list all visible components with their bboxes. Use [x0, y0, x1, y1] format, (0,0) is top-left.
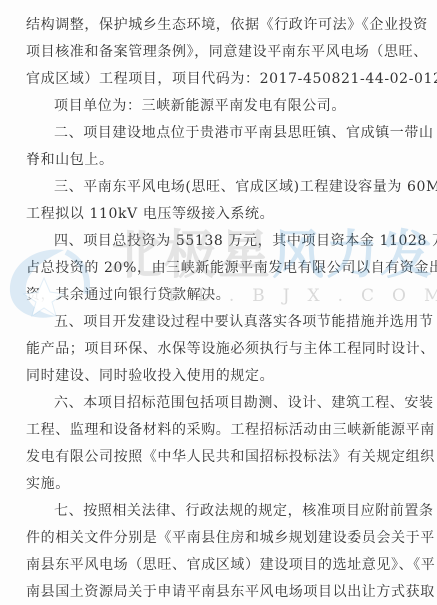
- star-swoosh-logo-icon: [4, 242, 92, 322]
- document-page-fitted: 结构调整，保护城乡生态环境，依据《行政许可法》《企业投资 项目核准和备案管理条例…: [0, 0, 437, 605]
- text-line-5: 二、项目建设地点位于贵港市平南县思旺镇、官成镇一带山: [54, 122, 408, 144]
- text-line-20: 件的相关文件分别是《平南县住房和城乡规划建设委员会关于平: [26, 527, 408, 549]
- text-line-4: 项目单位为：三峡新能源平南发电有限公司。: [54, 95, 408, 117]
- text-line-22: 南县国土资源局关于申请平南县东平风电场项目以出让方式获取: [26, 581, 408, 603]
- text-line-13: 能产品；项目环保、水保等设施必须执行与主体工程同时设计、: [26, 338, 408, 360]
- text-line-14: 同时建设、同时验收投入使用的规定。: [26, 365, 408, 387]
- text-line-11: 资，其余通过向银行贷款解决。: [26, 284, 408, 306]
- text-line-19: 七、按照相关法律、行政法规的规定，核准项目应附前置条: [54, 500, 408, 522]
- text-line-2: 项目核准和备案管理条例》，同意建设平南东平风电场（思旺、: [26, 41, 408, 63]
- text-line-10: 占总投资的 20%，由三峡新能源平南发电有限公司以自有资金出: [26, 257, 408, 279]
- text-line-17: 发电有限公司按照《中华人民共和国招标投标法》有关规定组织: [26, 446, 408, 468]
- text-line-18: 实施。: [26, 473, 408, 495]
- text-line-7: 三、平南东平风电场(思旺、官成区域)工程建设容量为 60MW，: [54, 176, 408, 198]
- text-line-3: 官成区域）工程项目，项目代码为：2017-450821-44-02-012692…: [26, 68, 408, 90]
- text-line-15: 六、本项目招标范围包括项目勘测、设计、建筑工程、安装: [54, 392, 408, 414]
- text-line-12: 五、项目开发建设过程中要认真落实各项节能措施并选用节: [54, 311, 408, 333]
- text-line-21: 南县东平风电场（思旺、官成区域）建设项目的选址意见》、《平: [26, 554, 408, 576]
- text-line-16: 工程、监理和设备材料的采购。工程招标活动由三峡新能源平南: [26, 419, 408, 441]
- text-line-8: 工程拟以 110kV 电压等级接入系统。: [26, 203, 408, 225]
- text-line-1: 结构调整，保护城乡生态环境，依据《行政许可法》《企业投资: [26, 14, 408, 36]
- text-line-6: 脊和山包上。: [26, 149, 408, 171]
- text-line-9: 四、项目总投资为 55138 万元，其中项目资本金 11028 万元，: [54, 230, 408, 252]
